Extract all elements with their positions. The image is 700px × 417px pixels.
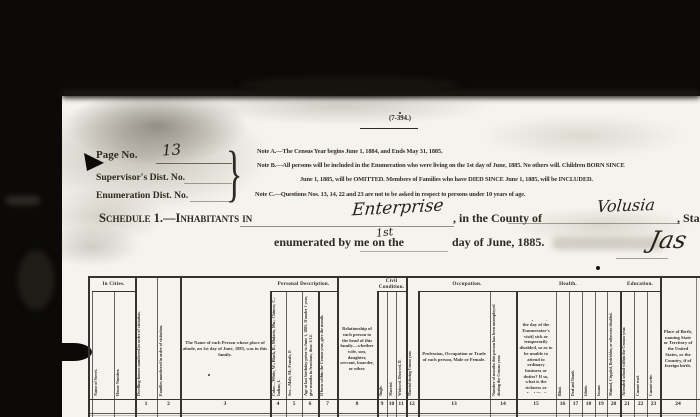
table-column-number: 2: [157, 401, 180, 412]
table-column-number: 19: [595, 401, 607, 412]
table-group-label: In Cities.: [92, 278, 135, 290]
table-column-label: If born within the Census year, give the…: [320, 295, 336, 396]
table-column-label: Married during Census year.: [408, 280, 417, 396]
table-column-number: 10: [387, 401, 396, 412]
table-column-label: Deaf and Dumb.: [571, 295, 581, 396]
schedule-table: In Cities.Personal Description.Civil Con…: [0, 0, 700, 417]
table-column-label: Maimed, Crippled, Bedridden, or otherwis…: [609, 295, 619, 396]
table-column-label: Color—White, W.; Black, B.; Mulatto, Mu.…: [272, 295, 285, 396]
table-group-rule: [270, 291, 337, 292]
table-group-rule: [418, 291, 516, 292]
table-column-number: 21: [620, 401, 634, 412]
table-column-number: 23: [647, 401, 660, 412]
table-column-number: 14: [490, 401, 516, 412]
table-left-rule: [88, 276, 90, 417]
table-group-label: Personal Description.: [270, 278, 337, 290]
table-column-label: Attended school within the Census year.: [622, 295, 633, 396]
grid-line: [180, 277, 182, 417]
table-column-number: 24: [660, 401, 696, 412]
grid-line: [607, 292, 608, 417]
table-column-number: 20: [607, 401, 620, 412]
grid-line: [114, 292, 115, 417]
table-group-label: Health.: [516, 278, 620, 290]
table-column-label: Sex—Male, M.; Female, F.: [288, 295, 301, 396]
table-column-label: Widowed. Divorced, D.: [398, 295, 405, 396]
grid-line: [647, 292, 648, 417]
table-column-label: Age at last birthday prior to June 1, 18…: [304, 295, 317, 396]
table-group-label: Occupation.: [418, 278, 516, 290]
table-column-number: 18: [582, 401, 595, 412]
grid-line: [302, 292, 303, 417]
table-column-number: 9: [377, 401, 387, 412]
table-column-label: Is the person [on the day of the Enumera…: [519, 320, 553, 393]
table-column-number: 17: [569, 401, 582, 412]
table-column-label: Relationship of each person to the head …: [340, 305, 374, 393]
table-column-label: Blind.: [558, 295, 568, 396]
grid-line: [337, 277, 339, 417]
table-column-label: Married.: [389, 295, 395, 396]
table-column-label: Name of Street.: [94, 295, 113, 396]
grid-line: [634, 292, 635, 417]
table-column-label: Number of months this person has been un…: [492, 295, 515, 396]
table-column-label: Cannot write.: [649, 295, 659, 396]
table-column-label: Profession, Occupation or Trade of each …: [421, 320, 487, 393]
census-scan: (7-394.) Page No. 13 Supervisor's Dist. …: [0, 0, 700, 417]
table-group-rule: [516, 291, 620, 292]
table-column-number: 3: [180, 401, 270, 412]
table-column-number: [114, 401, 135, 412]
table-column-number: [92, 401, 114, 412]
table-group-rule: [377, 291, 406, 292]
table-column-label: Place of Birth, naming State or Territor…: [663, 305, 693, 393]
table-column-number: 4: [270, 401, 286, 412]
grid-line: [696, 276, 697, 417]
table-group-label: Education.: [620, 278, 660, 290]
table-column-label: Single.: [379, 295, 386, 396]
table-column-number: 12: [406, 401, 418, 412]
table-column-number: 11: [396, 401, 406, 412]
table-column-label: Dwelling-houses numbered in order of vis…: [137, 280, 156, 396]
table-column-label: Families numbered in order of visitation…: [159, 280, 179, 396]
table-column-label: Insane.: [597, 295, 606, 396]
table-column-label: The Name of each Person whose place of a…: [183, 305, 267, 393]
grid-line: [490, 292, 491, 417]
grid-line: [387, 292, 388, 417]
table-column-number: 13: [418, 401, 490, 412]
grid-line: [516, 292, 518, 417]
grid-line: [92, 292, 93, 417]
table-column-number: 5: [286, 401, 302, 412]
grid-line: [396, 292, 397, 417]
grid-line: [660, 277, 662, 417]
table-column-number: 16: [556, 401, 569, 412]
table-column-label: Cannot read.: [636, 295, 646, 396]
table-column-number: 15: [516, 401, 556, 412]
table-column-label: Idiotic.: [584, 295, 594, 396]
grid-line: [418, 292, 420, 417]
table-column-number: 22: [634, 401, 647, 412]
table-column-number: 1: [135, 401, 157, 412]
table-column-number: 6: [302, 401, 318, 412]
grid-line: [582, 292, 583, 417]
table-column-label: House Number.: [116, 295, 134, 396]
table-column-number: 8: [337, 401, 377, 412]
grid-line: [157, 277, 158, 417]
table-group-rule: [620, 291, 660, 292]
grid-line: [286, 292, 287, 417]
grid-line: [569, 292, 570, 417]
grid-line: [595, 292, 596, 417]
table-group-label: Civil Condition.: [377, 278, 406, 290]
grid-line: [556, 292, 557, 417]
table-column-number: 7: [318, 401, 337, 412]
